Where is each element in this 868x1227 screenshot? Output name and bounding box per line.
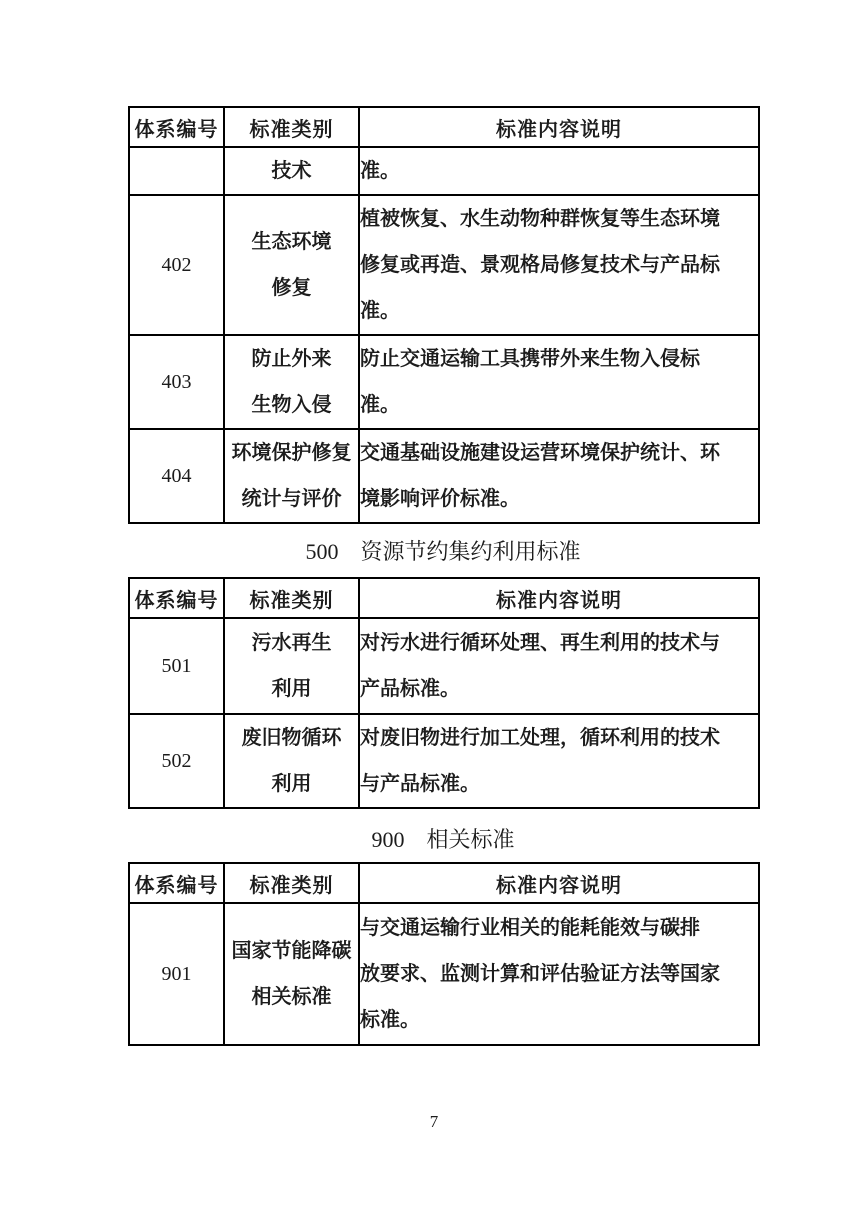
header-cell-category: 标准类别 [224, 107, 359, 147]
section-title-text: 相关标准 [426, 827, 514, 852]
table-row: 901 国家节能降碳 相关标准 与交通运输行业相关的能耗能效与碳排 放要求、监测… [129, 903, 759, 1045]
table-header-row: 体系编号 标准类别 标准内容说明 [129, 578, 759, 618]
header-cell-description: 标准内容说明 [359, 107, 759, 147]
description-cell: 与交通运输行业相关的能耗能效与碳排 放要求、监测计算和评估验证方法等国家 标准。 [359, 903, 759, 1045]
header-cell-category: 标准类别 [224, 863, 359, 903]
description-cell: 对废旧物进行加工处理，循环利用的技术 与产品标准。 [359, 714, 759, 808]
code-cell: 501 [129, 618, 224, 714]
description-cell: 交通基础设施建设运营环境保护统计、环 境影响评价标准。 [359, 429, 759, 523]
table-row: 403 防止外来 生物入侵 防止交通运输工具携带外来生物入侵标 准。 [129, 335, 759, 429]
document-page: 体系编号 标准类别 标准内容说明 技术 准。 402 生态环境 修复 植被恢复、… [0, 0, 868, 1227]
section-title-500: 500资源节约集约利用标准 [128, 535, 758, 566]
header-cell-code: 体系编号 [129, 107, 224, 147]
table-header-row: 体系编号 标准类别 标准内容说明 [129, 863, 759, 903]
header-cell-category: 标准类别 [224, 578, 359, 618]
code-cell: 403 [129, 335, 224, 429]
description-cell: 防止交通运输工具携带外来生物入侵标 准。 [359, 335, 759, 429]
table-row: 技术 准。 [129, 147, 759, 195]
header-cell-description: 标准内容说明 [359, 578, 759, 618]
page-number: 7 [0, 1112, 868, 1132]
code-cell: 901 [129, 903, 224, 1045]
category-cell: 国家节能降碳 相关标准 [224, 903, 359, 1045]
standards-table-900: 体系编号 标准类别 标准内容说明 901 国家节能降碳 相关标准 与交通运输行业… [128, 862, 760, 1046]
category-cell: 环境保护修复 统计与评价 [224, 429, 359, 523]
header-cell-code: 体系编号 [129, 863, 224, 903]
code-cell: 402 [129, 195, 224, 335]
header-cell-description: 标准内容说明 [359, 863, 759, 903]
description-cell: 对污水进行循环处理、再生利用的技术与 产品标准。 [359, 618, 759, 714]
category-cell: 技术 [224, 147, 359, 195]
table-row: 404 环境保护修复 统计与评价 交通基础设施建设运营环境保护统计、环 境影响评… [129, 429, 759, 523]
table-row: 502 废旧物循环 利用 对废旧物进行加工处理，循环利用的技术 与产品标准。 [129, 714, 759, 808]
section-number: 500 [305, 539, 338, 564]
standards-table-400: 体系编号 标准类别 标准内容说明 技术 准。 402 生态环境 修复 植被恢复、… [128, 106, 760, 524]
table-row: 402 生态环境 修复 植被恢复、水生动物种群恢复等生态环境 修复或再造、景观格… [129, 195, 759, 335]
category-cell: 生态环境 修复 [224, 195, 359, 335]
code-cell: 404 [129, 429, 224, 523]
header-cell-code: 体系编号 [129, 578, 224, 618]
table-header-row: 体系编号 标准类别 标准内容说明 [129, 107, 759, 147]
section-number: 900 [371, 827, 404, 852]
code-cell [129, 147, 224, 195]
category-cell: 污水再生 利用 [224, 618, 359, 714]
category-cell: 废旧物循环 利用 [224, 714, 359, 808]
section-title-900: 900相关标准 [128, 823, 758, 854]
description-cell: 准。 [359, 147, 759, 195]
table-row: 501 污水再生 利用 对污水进行循环处理、再生利用的技术与 产品标准。 [129, 618, 759, 714]
code-cell: 502 [129, 714, 224, 808]
description-cell: 植被恢复、水生动物种群恢复等生态环境 修复或再造、景观格局修复技术与产品标 准。 [359, 195, 759, 335]
standards-table-500: 体系编号 标准类别 标准内容说明 501 污水再生 利用 对污水进行循环处理、再… [128, 577, 760, 809]
category-cell: 防止外来 生物入侵 [224, 335, 359, 429]
section-title-text: 资源节约集约利用标准 [360, 539, 580, 564]
